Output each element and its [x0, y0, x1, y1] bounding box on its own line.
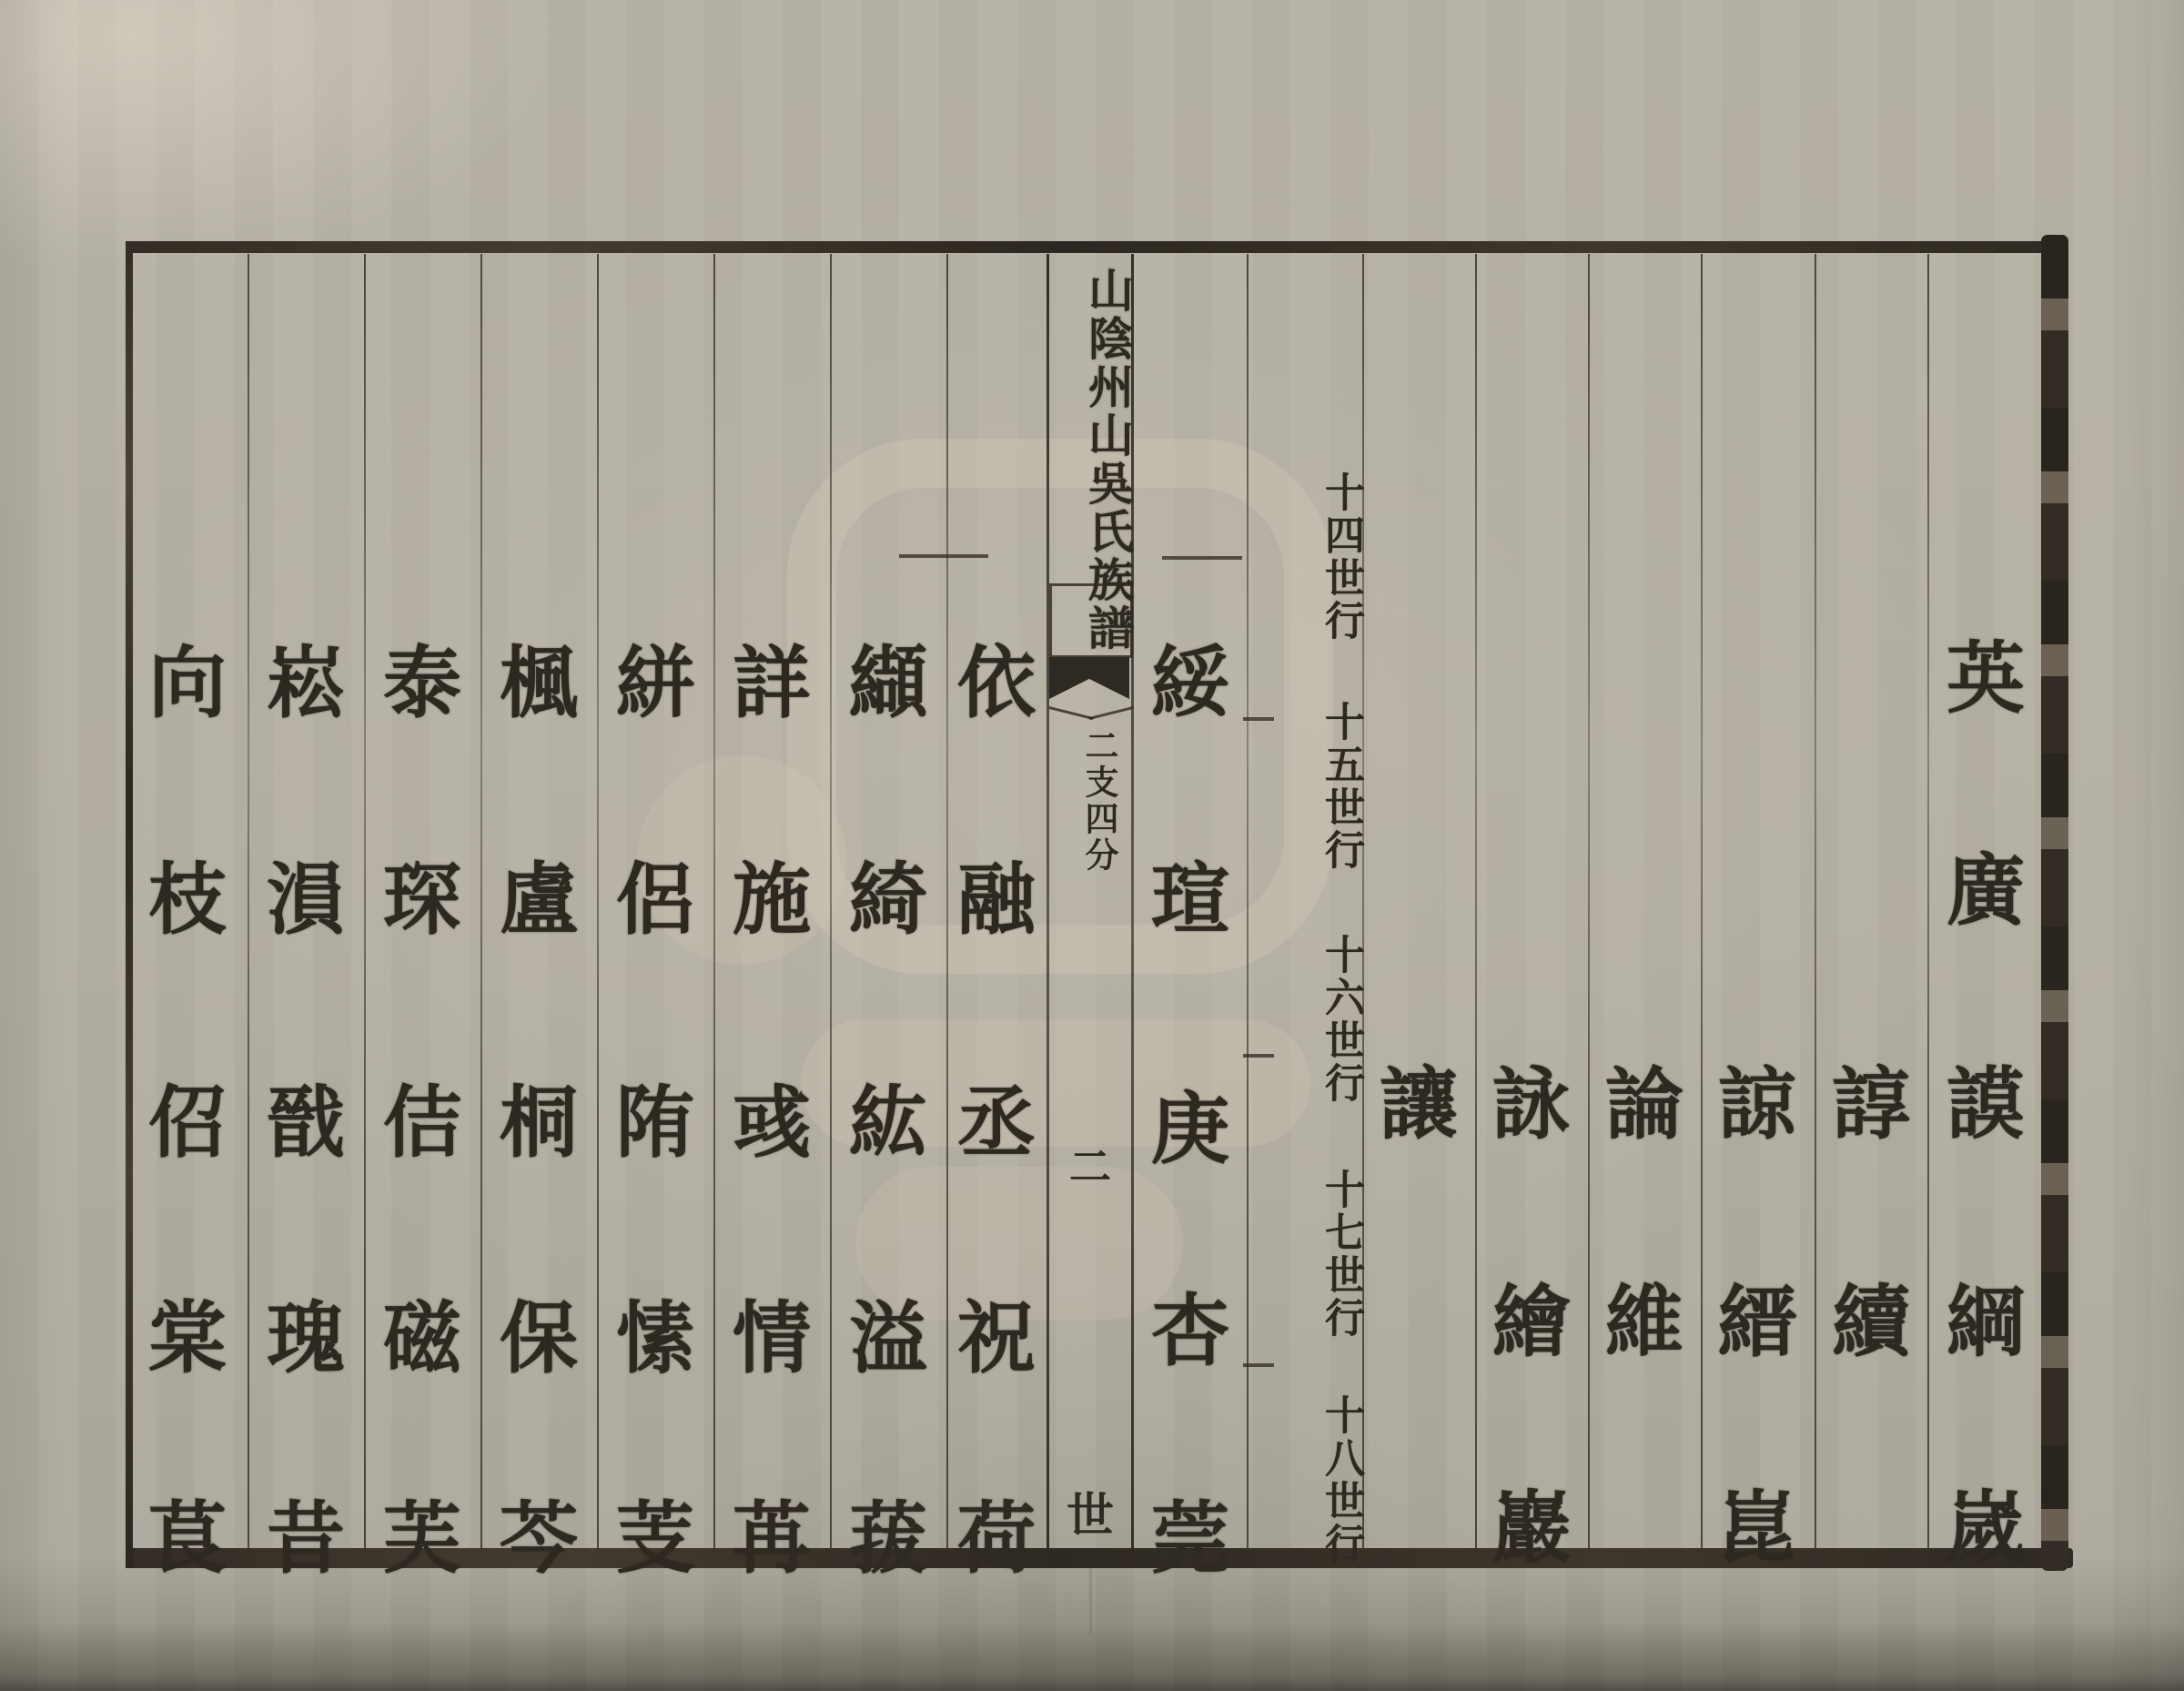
name-cell: 紘 — [830, 1077, 946, 1170]
fishtail-mark — [1049, 657, 1129, 699]
generation-label: 十八世行 — [1252, 1394, 1361, 1565]
name-cell: 依 — [938, 637, 1055, 730]
scanned-genealogy-page: 山陰州山吳氏族譜 二支四分 二 世 十四世行 十五世行 十六世行 十七世行 十八… — [0, 0, 2184, 1691]
name-cell: 杏 — [1133, 1285, 1248, 1378]
fishtail-chevron-left — [1048, 706, 1093, 720]
spine-branch-note: 二支四分 — [1067, 728, 1117, 874]
name-cell: 菝 — [830, 1493, 946, 1585]
name-cell: 彧 — [713, 1077, 830, 1170]
name-cell: 愫 — [597, 1292, 713, 1385]
name-cell: 謨 — [1927, 1058, 2044, 1151]
spine-bottom-label: 世 — [1048, 1489, 1132, 1544]
name-cell: 維 — [1586, 1276, 1703, 1369]
name-cell: 昔 — [248, 1493, 364, 1585]
spine-crease — [1089, 1568, 1092, 1634]
name-cell: 英 — [1927, 633, 2044, 725]
name-cell: 綱 — [1927, 1276, 2044, 1369]
frame-top — [126, 241, 2066, 253]
name-cell: 丞 — [938, 1077, 1055, 1170]
name-cell: 磁 — [364, 1292, 480, 1385]
name-cell: 詳 — [713, 637, 830, 730]
spine-page-number: 二 — [1048, 1143, 1132, 1190]
frame-right-edge — [2041, 235, 2068, 1571]
name-cell: 崧 — [248, 637, 364, 730]
name-cell: 向 — [129, 637, 246, 730]
name-cell: 纈 — [830, 637, 946, 730]
name-cell: 棠 — [129, 1292, 246, 1385]
name-cell: 融 — [938, 854, 1055, 947]
name-cell: 施 — [713, 854, 830, 947]
name-cell: 諒 — [1699, 1058, 1815, 1151]
column-line — [1362, 254, 1364, 1550]
name-cell: 荷 — [938, 1493, 1055, 1585]
name-cell: 論 — [1586, 1058, 1703, 1151]
name-cell: 茛 — [129, 1493, 246, 1585]
name-cell: 佶 — [364, 1077, 480, 1170]
name-cell: 桐 — [480, 1077, 597, 1170]
name-cell: 瑰 — [248, 1292, 364, 1385]
name-cell: 溳 — [248, 854, 364, 947]
rule-tick — [899, 554, 988, 558]
name-cell: 莞 — [1133, 1493, 1248, 1585]
name-cell: 溢 — [830, 1292, 946, 1385]
generation-label: 十七世行 — [1252, 1169, 1361, 1340]
name-cell: 巖 — [1473, 1482, 1590, 1575]
name-cell: 瑄 — [1133, 854, 1248, 947]
name-cell: 枝 — [129, 854, 246, 947]
name-cell: 綏 — [1133, 637, 1248, 730]
name-cell: 庚 — [1133, 1083, 1248, 1176]
name-cell: 祝 — [938, 1292, 1055, 1385]
name-cell: 泰 — [364, 637, 480, 730]
name-cell: 戩 — [248, 1077, 364, 1170]
name-cell: 繪 — [1473, 1276, 1590, 1369]
name-cell: 情 — [713, 1292, 830, 1385]
name-cell: 崑 — [1699, 1482, 1815, 1575]
name-cell: 苒 — [713, 1493, 830, 1585]
name-cell: 芩 — [480, 1493, 597, 1585]
name-cell: 佋 — [129, 1077, 246, 1170]
name-cell: 綺 — [830, 854, 946, 947]
rule-tick — [1243, 1363, 1274, 1367]
name-cell: 芙 — [364, 1493, 480, 1585]
name-cell: 廣 — [1927, 845, 2044, 937]
name-cell: 詠 — [1473, 1058, 1590, 1151]
name-cell: 盧 — [480, 854, 597, 947]
name-cell: 縉 — [1699, 1276, 1815, 1369]
generation-label: 十六世行 — [1252, 934, 1361, 1105]
name-cell: 嵗 — [1927, 1482, 2044, 1575]
name-cell: 陏 — [597, 1077, 713, 1170]
generation-label: 十四世行 — [1252, 471, 1361, 643]
generation-label: 十五世行 — [1252, 701, 1361, 872]
name-cell: 琛 — [364, 854, 480, 947]
name-cell: 絣 — [597, 637, 713, 730]
name-cell: 讓 — [1360, 1058, 1477, 1151]
rule-tick — [1162, 556, 1242, 560]
name-cell: 侶 — [597, 854, 713, 947]
name-cell: 保 — [480, 1292, 597, 1385]
name-cell: 芰 — [597, 1493, 713, 1585]
name-cell: 楓 — [480, 637, 597, 730]
name-cell: 諄 — [1813, 1058, 1929, 1151]
spine-title: 山陰州山吳氏族譜 — [1048, 267, 1132, 653]
fishtail-chevron-right — [1088, 706, 1133, 720]
name-cell: 續 — [1813, 1276, 1929, 1369]
